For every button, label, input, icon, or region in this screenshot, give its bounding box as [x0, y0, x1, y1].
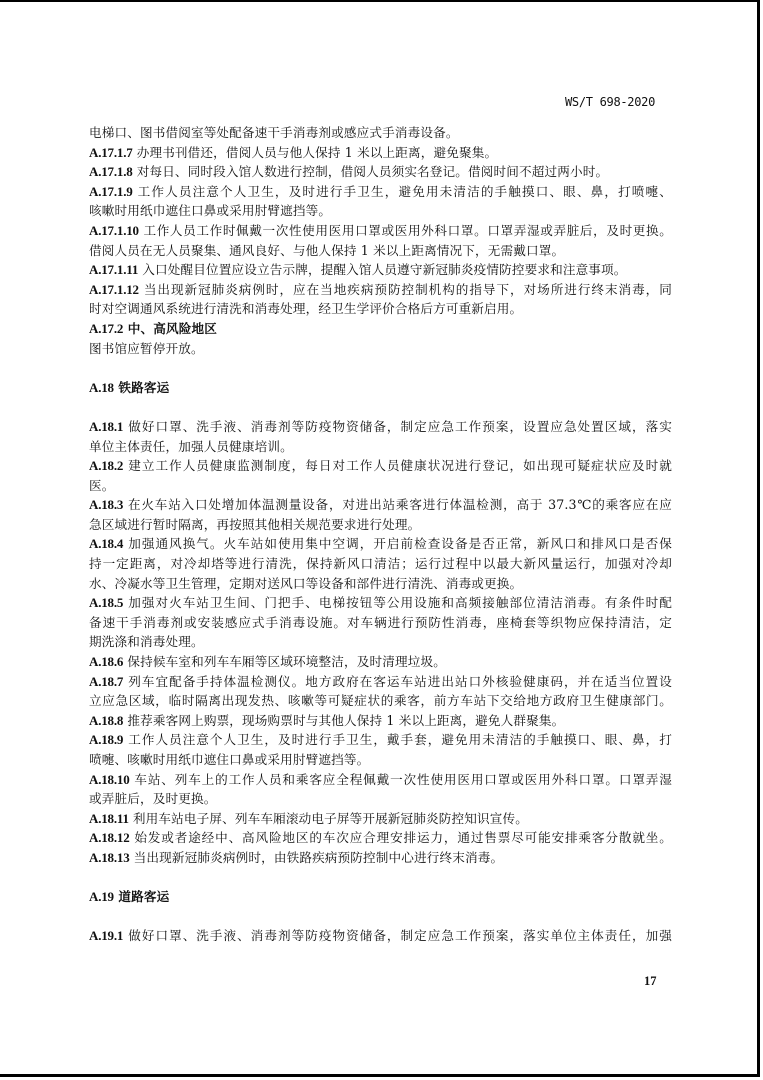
- clause-text: 在火车站入口处增加体温测量设备，对进出站乘客进行体温检测，高于 37.3℃的乘客…: [123, 497, 672, 512]
- clause-number: A.18.13: [89, 850, 130, 865]
- continuation-line: 借阅人员在无人员聚集、通风良好、与他人保持 1 米以上距离情况下，无需戴口罩。: [89, 241, 672, 261]
- clause-number: A.18.7: [89, 674, 123, 689]
- clause-text: 利用车站电子屏、列车车厢滚动电子屏等开展新冠肺炎防控知识宣传。: [129, 811, 528, 826]
- continuation-line: 期洗涤和消毒处理。: [89, 632, 672, 652]
- clause-line: A.18.11 利用车站电子屏、列车车厢滚动电子屏等开展新冠肺炎防控知识宣传。: [89, 809, 672, 829]
- section-a17-continuation: 电梯口、图书借阅室等处配备速干手消毒剂或感应式手消毒设备。A.17.1.7 办理…: [89, 123, 672, 358]
- continuation-line: 医。: [89, 476, 672, 496]
- continuation-line: 水、冷凝水等卫生管理，定期对送风口等设备和部件进行清洗、消毒或更换。: [89, 574, 672, 594]
- continuation-line: 或弄脏后，及时更换。: [89, 789, 672, 809]
- clause-number: A.17.1.8: [89, 164, 133, 179]
- clause-line: A.17.1.10 工作人员工作时佩戴一次性使用医用口罩或医用外科口罩。口罩弄湿…: [89, 221, 672, 241]
- clause-line: A.17.1.12 当出现新冠肺炎病例时，应在当地疾病预防控制机构的指导下，对场…: [89, 280, 672, 300]
- clause-number: A.18.1: [89, 419, 123, 434]
- continuation-line: 喷嚏、咳嗽时用纸巾遮住口鼻或采用肘臂遮挡等。: [89, 750, 672, 770]
- clause-line: A.17.1.7 办理书刊借还，借阅人员与他人保持 1 米以上距离，避免聚集。: [89, 143, 672, 163]
- clause-line: A.19.1 做好口罩、洗手液、消毒剂等防疫物资储备，制定应急工作预案，落实单位…: [89, 926, 672, 946]
- clause-text: 加强对火车站卫生间、门把手、电梯按钮等公用设施和高频接触部位清洁消毒。有条件时配: [123, 595, 672, 610]
- clause-text: 持一定距离，对冷却塔等进行清洗，保持新风口清洁；运行过程中以最大新风量运行，加强…: [89, 556, 672, 571]
- clause-line: A.17.1.9 工作人员注意个人卫生，及时进行手卫生，避免用未清洁的手触摸口、…: [89, 182, 672, 202]
- clause-text: 医。: [89, 478, 115, 493]
- continuation-line: 立应急区域，临时隔离出现发热、咳嗽等可疑症状的乘客，前方车站下交给地方政府卫生健…: [89, 691, 672, 711]
- clause-number: A.18.11: [89, 811, 129, 826]
- clause-number: A.18.12: [89, 830, 130, 845]
- clause-text: 中、高风险地区: [123, 321, 217, 336]
- clause-number: A.18.10: [89, 772, 130, 787]
- clause-line: A.18.1 做好口罩、洗手液、消毒剂等防疫物资储备，制定应急工作预案，设置应急…: [89, 417, 672, 437]
- continuation-line: 备速干手消毒剂或安装感应式手消毒设施。对车辆进行预防性消毒，座椅套等织物应保持清…: [89, 613, 672, 633]
- clause-line: A.18.4 加强通风换气。火车站如使用集中空调，开启前检查设备是否正常，新风口…: [89, 534, 672, 554]
- clause-line: A.18.7 列车宜配备手持体温检测仪。地方政府在客运车站进出站口外核验健康码，…: [89, 672, 672, 692]
- clause-text: 工作人员注意个人卫生，及时进行手卫生，避免用未清洁的手触摸口、眼、鼻，打喷嚏、: [133, 184, 672, 199]
- clause-text: 入口处醒目位置应设立告示牌，提醒入馆人员遵守新冠肺炎疫情防控要求和注意事项。: [138, 262, 626, 277]
- clause-number: A.17.1.11: [89, 262, 138, 277]
- clause-line: A.17.2 中、高风险地区: [89, 319, 672, 339]
- clause-text: 图书馆应暂停开放。: [89, 341, 204, 356]
- clause-text: 当出现新冠肺炎病例时，应在当地疾病预防控制机构的指导下，对场所进行终末消毒，同: [139, 282, 672, 297]
- clause-line: A.18.10 车站、列车上的工作人员和乘客应全程佩戴一次性使用医用口罩或医用外…: [89, 770, 672, 790]
- clause-text: 或弄脏后，及时更换。: [89, 791, 216, 806]
- spacer: [89, 358, 672, 378]
- clause-number: A.18.5: [89, 595, 123, 610]
- standard-code: WS/T 698-2020: [565, 95, 655, 109]
- clause-text: 建立工作人员健康监测制度，每日对工作人员健康状况进行登记，如出现可疑症状应及时就: [123, 458, 672, 473]
- clause-line: A.18.5 加强对火车站卫生间、门把手、电梯按钮等公用设施和高频接触部位清洁消…: [89, 593, 672, 613]
- continuation-line: 图书馆应暂停开放。: [89, 339, 672, 359]
- document-body: 电梯口、图书借阅室等处配备速干手消毒剂或感应式手消毒设备。A.17.1.7 办理…: [89, 123, 672, 946]
- section-a19-body: A.19.1 做好口罩、洗手液、消毒剂等防疫物资储备，制定应急工作预案，落实单位…: [89, 926, 672, 946]
- clause-text: 做好口罩、洗手液、消毒剂等防疫物资储备，制定应急工作预案，设置应急处置区域，落实: [123, 419, 672, 434]
- clause-number: A.17.1.12: [89, 282, 139, 297]
- clause-line: A.17.1.8 对每日、同时段入馆人数进行控制，借阅人员须实名登记。借阅时间不…: [89, 162, 672, 182]
- continuation-line: 咳嗽时用纸巾遮住口鼻或采用肘臂遮挡等。: [89, 201, 672, 221]
- clause-number: A.17.1.10: [89, 223, 139, 238]
- clause-text: 借阅人员在无人员聚集、通风良好、与他人保持 1 米以上距离情况下，无需戴口罩。: [89, 243, 564, 258]
- clause-text: 加强通风换气。火车站如使用集中空调，开启前检查设备是否正常，新风口和排风口是否保: [123, 536, 672, 551]
- clause-text: 喷嚏、咳嗽时用纸巾遮住口鼻或采用肘臂遮挡等。: [89, 752, 369, 767]
- clause-number: A.18.2: [89, 458, 123, 473]
- clause-text: 立应急区域，临时隔离出现发热、咳嗽等可疑症状的乘客，前方车站下交给地方政府卫生健…: [89, 693, 672, 708]
- clause-number: A.17.2: [89, 321, 123, 336]
- clause-text: 列车宜配备手持体温检测仪。地方政府在客运车站进出站口外核验健康码，并在适当位置设: [123, 674, 672, 689]
- section-heading-a18: A.18 铁路客运: [89, 378, 672, 398]
- spacer: [89, 907, 672, 927]
- clause-number: A.18.4: [89, 536, 123, 551]
- clause-text: 车站、列车上的工作人员和乘客应全程佩戴一次性使用医用口罩或医用外科口罩。口罩弄湿: [130, 772, 673, 787]
- clause-text: 时对空调通风系统进行清洗和消毒处理，经卫生学评价合格后方可重新启用。: [89, 301, 522, 316]
- clause-number: A.19.1: [89, 928, 123, 943]
- clause-text: 始发或者途经中、高风险地区的车次应合理安排运力，通过售票尽可能安排乘客分散就坐。: [130, 830, 673, 845]
- clause-number: A.18.3: [89, 497, 123, 512]
- section-title: 铁路客运: [118, 380, 169, 395]
- clause-line: A.18.3 在火车站入口处增加体温测量设备，对进出站乘客进行体温检测，高于 3…: [89, 495, 672, 515]
- continuation-line: 电梯口、图书借阅室等处配备速干手消毒剂或感应式手消毒设备。: [89, 123, 672, 143]
- page-number: 17: [644, 974, 657, 989]
- clause-text: 备速干手消毒剂或安装感应式手消毒设施。对车辆进行预防性消毒，座椅套等织物应保持清…: [89, 615, 672, 630]
- continuation-line: 持一定距离，对冷却塔等进行清洗，保持新风口清洁；运行过程中以最大新风量运行，加强…: [89, 554, 672, 574]
- clause-number: A.17.1.7: [89, 145, 133, 160]
- clause-line: A.17.1.11 入口处醒目位置应设立告示牌，提醒入馆人员遵守新冠肺炎疫情防控…: [89, 260, 672, 280]
- clause-text: 单位主体责任，加强人员健康培训。: [89, 439, 293, 454]
- clause-text: 保持候车室和列车车厢等区域环境整洁，及时清理垃圾。: [123, 654, 446, 669]
- clause-number: A.18.9: [89, 732, 123, 747]
- clause-text: 工作人员注意个人卫生，及时进行手卫生，戴手套，避免用未清洁的手触摸口、眼、鼻，打: [123, 732, 672, 747]
- clause-line: A.18.8 推荐乘客网上购票，现场购票时与其他人保持 1 米以上距离，避免人群…: [89, 711, 672, 731]
- clause-line: A.18.9 工作人员注意个人卫生，及时进行手卫生，戴手套，避免用未清洁的手触摸…: [89, 730, 672, 750]
- clause-number: A.18.8: [89, 713, 123, 728]
- clause-text: 水、冷凝水等卫生管理，定期对送风口等设备和部件进行清洗、消毒或更换。: [89, 576, 522, 591]
- clause-text: 推荐乘客网上购票，现场购票时与其他人保持 1 米以上距离，避免人群聚集。: [123, 713, 564, 728]
- clause-number: A.17.1.9: [89, 184, 133, 199]
- section-heading-a19: A.19 道路客运: [89, 887, 672, 907]
- clause-line: A.18.2 建立工作人员健康监测制度，每日对工作人员健康状况进行登记，如出现可…: [89, 456, 672, 476]
- clause-text: 做好口罩、洗手液、消毒剂等防疫物资储备，制定应急工作预案，落实单位主体责任，加强: [123, 928, 672, 943]
- clause-number: A.18.6: [89, 654, 123, 669]
- clause-line: A.18.6 保持候车室和列车车厢等区域环境整洁，及时清理垃圾。: [89, 652, 672, 672]
- spacer: [89, 397, 672, 417]
- spacer: [89, 868, 672, 888]
- continuation-line: 时对空调通风系统进行清洗和消毒处理，经卫生学评价合格后方可重新启用。: [89, 299, 672, 319]
- clause-text: 咳嗽时用纸巾遮住口鼻或采用肘臂遮挡等。: [89, 203, 331, 218]
- section-a18-body: A.18.1 做好口罩、洗手液、消毒剂等防疫物资储备，制定应急工作预案，设置应急…: [89, 417, 672, 868]
- clause-line: A.18.12 始发或者途经中、高风险地区的车次应合理安排运力，通过售票尽可能安…: [89, 828, 672, 848]
- clause-text: 急区域进行暂时隔离，再按照其他相关规范要求进行处理。: [89, 517, 420, 532]
- section-number: A.18: [89, 380, 114, 395]
- clause-text: 电梯口、图书借阅室等处配备速干手消毒剂或感应式手消毒设备。: [89, 125, 459, 140]
- clause-text: 工作人员工作时佩戴一次性使用医用口罩或医用外科口罩。口罩弄湿或弄脏后，及时更换。: [139, 223, 672, 238]
- clause-text: 期洗涤和消毒处理。: [89, 634, 204, 649]
- continuation-line: 急区域进行暂时隔离，再按照其他相关规范要求进行处理。: [89, 515, 672, 535]
- document-page: WS/T 698-2020 电梯口、图书借阅室等处配备速干手消毒剂或感应式手消毒…: [0, 0, 760, 1077]
- section-title: 道路客运: [118, 889, 169, 904]
- continuation-line: 单位主体责任，加强人员健康培训。: [89, 437, 672, 457]
- clause-text: 对每日、同时段入馆人数进行控制，借阅人员须实名登记。借阅时间不超过两小时。: [133, 164, 609, 179]
- clause-text: 办理书刊借还，借阅人员与他人保持 1 米以上距离，避免聚集。: [133, 145, 498, 160]
- clause-text: 当出现新冠肺炎病例时，由铁路疾病预防控制中心进行终末消毒。: [130, 850, 504, 865]
- section-number: A.19: [89, 889, 114, 904]
- clause-line: A.18.13 当出现新冠肺炎病例时，由铁路疾病预防控制中心进行终末消毒。: [89, 848, 672, 868]
